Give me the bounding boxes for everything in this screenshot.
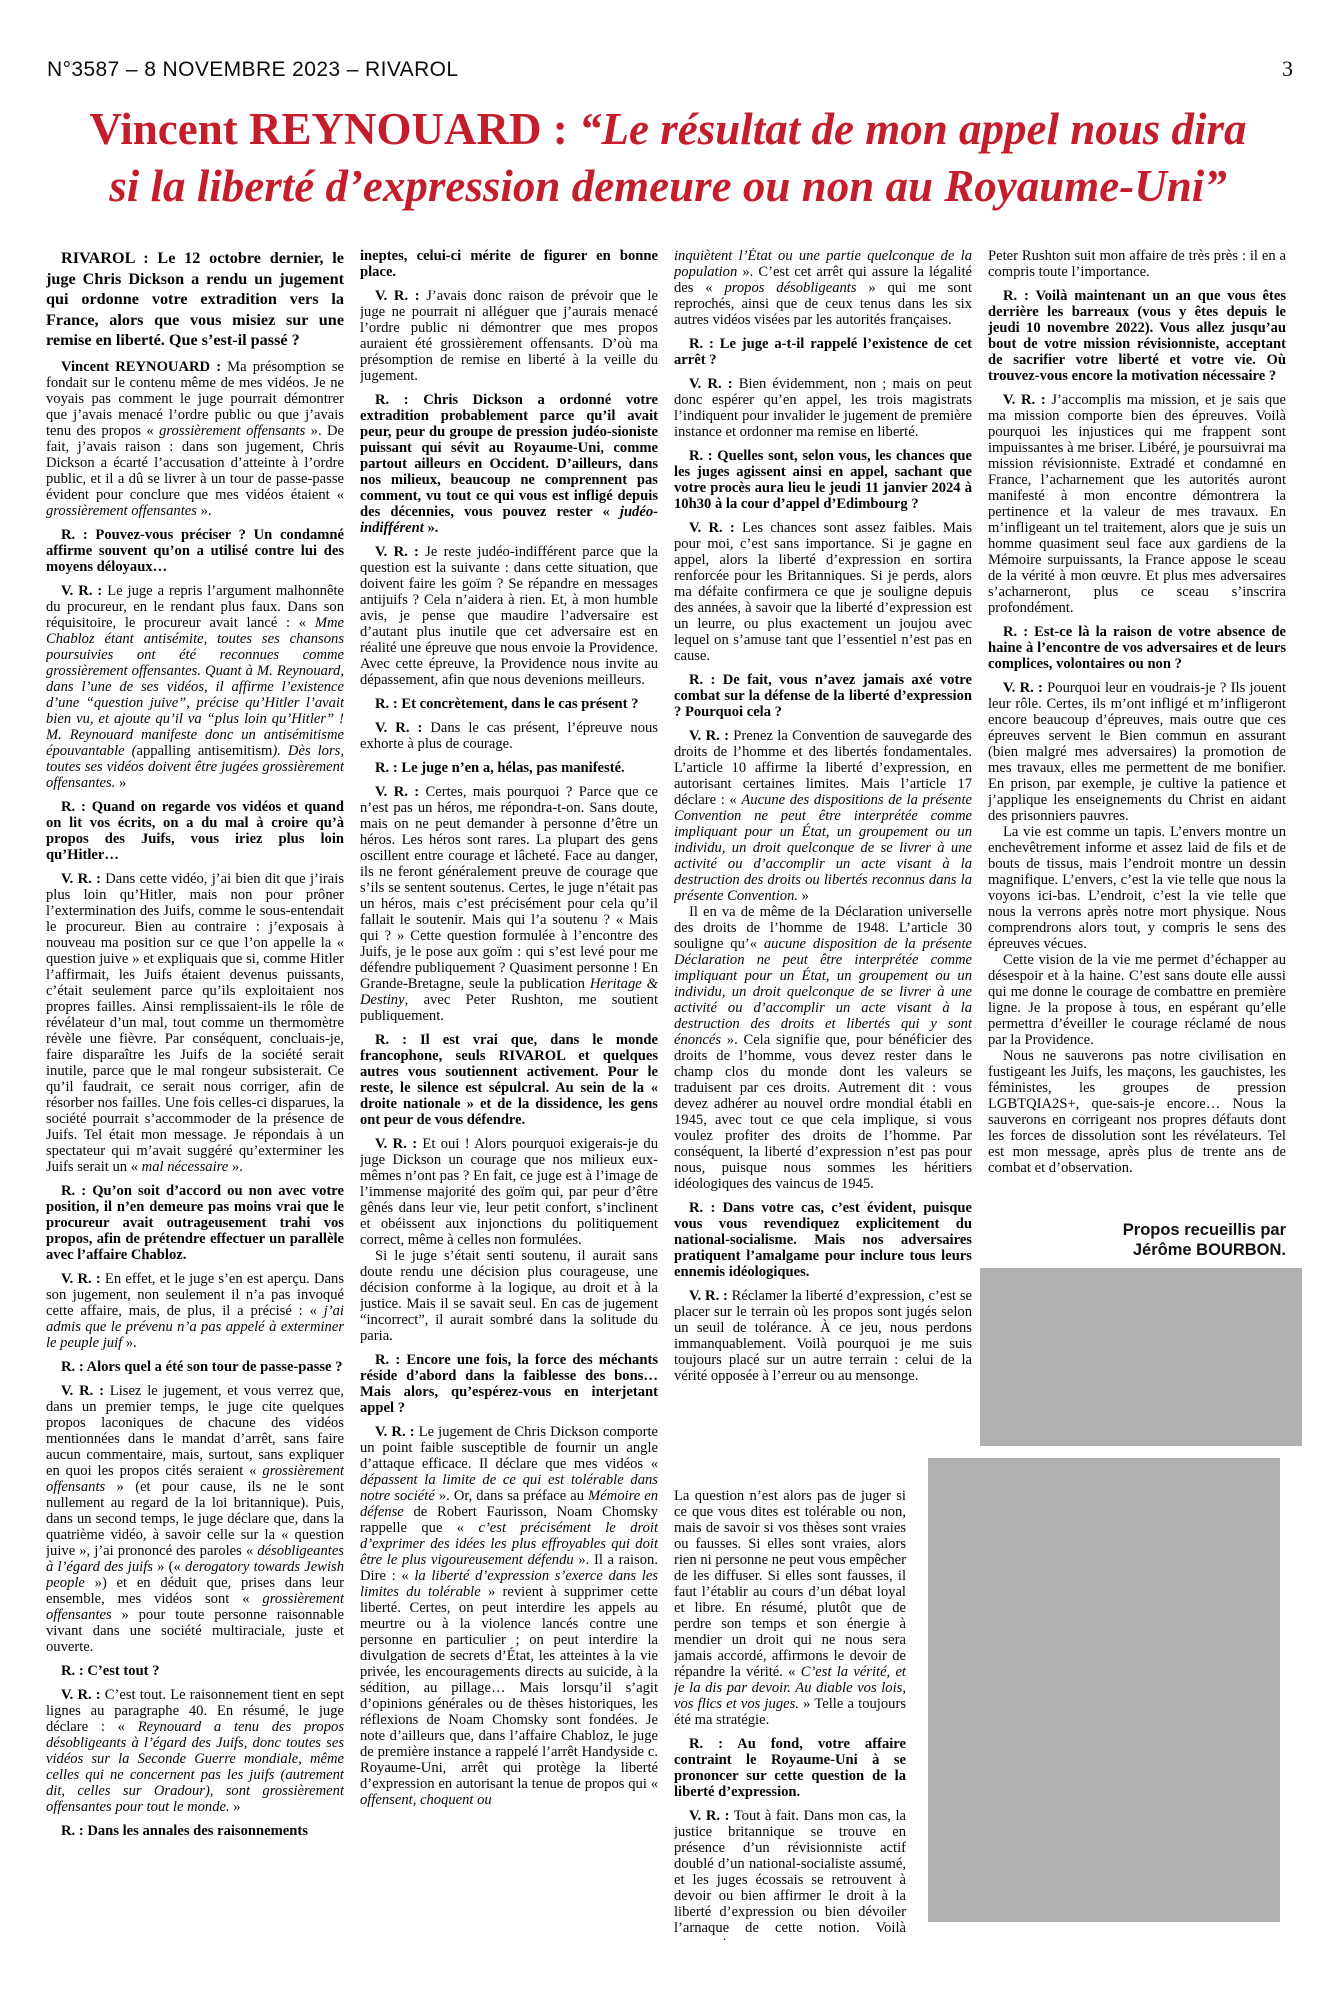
- interview-question: R. : Encore une fois, la force des mécha…: [360, 1352, 658, 1416]
- interview-answer: V. R. : J’avais donc raison de prévoir q…: [360, 288, 658, 384]
- interview-question: R. : Quand on regarde vos vidéos et quan…: [46, 799, 344, 863]
- interview-answer: V. R. : Les chances sont assez faibles. …: [674, 520, 972, 664]
- interview-answer: V. R. : Dans le cas présent, l’épreuve n…: [360, 720, 658, 752]
- interview-answer: La question n’est alors pas de juger si …: [674, 1488, 906, 1728]
- headline-quote-start: “Le résultat de mon appel nous dira: [579, 104, 1247, 154]
- speaker-label: V. R. :: [689, 376, 733, 392]
- article-column-2: ineptes, celui-ci mérite de figurer en b…: [360, 248, 658, 1938]
- interview-answer: Nous ne sauverons pas notre civilisation…: [988, 1048, 1286, 1176]
- interview-answer: V. R. : Lisez le jugement, et vous verre…: [46, 1383, 344, 1655]
- speaker-label: V. R. :: [689, 1808, 729, 1824]
- article-column-4: Peter Rushton suit mon affaire de très p…: [988, 248, 1286, 1223]
- interview-question: R. : Quelles sont, selon vous, les chanc…: [674, 448, 972, 512]
- interview-answer: Cette vision de la vie me permet d’échap…: [988, 952, 1286, 1048]
- interview-answer: inquiètent l’État ou une partie quelconq…: [674, 248, 972, 328]
- byline-line-2: Jérôme BOURBON.: [988, 1240, 1286, 1260]
- interview-answer: V. R. : Le jugement de Chris Dickson com…: [360, 1424, 658, 1808]
- headline-line-2: si la liberté d’expression demeure ou no…: [46, 158, 1290, 215]
- interview-answer: Il en va de même de la Déclaration unive…: [674, 904, 972, 1192]
- byline: Propos recueillis par Jérôme BOURBON.: [988, 1220, 1286, 1260]
- interview-question: R. : C’est tout ?: [46, 1663, 344, 1679]
- interview-answer: V. R. : Le juge a repris l’argument malh…: [46, 583, 344, 791]
- interview-answer: V. R. : Prenez la Convention de sauvegar…: [674, 728, 972, 904]
- interview-question: R. : Il est vrai que, dans le monde fran…: [360, 1032, 658, 1128]
- image-placeholder-top: [980, 1268, 1302, 1446]
- speaker-label: V. R. :: [375, 544, 419, 560]
- speaker-label: V. R. :: [375, 1424, 415, 1440]
- interview-question: R. : Le juge a-t-il rappelé l’existence …: [674, 336, 972, 368]
- speaker-label: V. R. :: [689, 520, 735, 536]
- interview-answer: V. R. : En effet, et le juge s’en est ap…: [46, 1271, 344, 1351]
- interview-answer: V. R. : Dans cette vidéo, j’ai bien dit …: [46, 871, 344, 1175]
- image-placeholder-bottom: [928, 1458, 1280, 1922]
- interview-answer: V. R. : Bien évidemment, non ; mais on p…: [674, 376, 972, 440]
- interview-answer: Vincent REYNOUARD : Ma présomption se fo…: [46, 359, 344, 519]
- interview-intro-question: RIVAROL : Le 12 octobre dernier, le juge…: [46, 248, 344, 351]
- interview-question: R. : Dans votre cas, c’est évident, puis…: [674, 1200, 972, 1280]
- interview-answer: V. R. : Tout à fait. Dans mon cas, la ju…: [674, 1808, 906, 1940]
- speaker-label: V. R. :: [1003, 680, 1043, 696]
- speaker-label: V. R. :: [375, 720, 422, 736]
- speaker-label: V. R. :: [375, 1136, 417, 1152]
- interview-question: R. : Chris Dickson a ordonné votre extra…: [360, 392, 658, 536]
- interview-question: R. : Voilà maintenant un an que vous ête…: [988, 288, 1286, 384]
- speaker-label: V. R. :: [61, 871, 101, 887]
- interview-answer: V. R. : Certes, mais pourquoi ? Parce qu…: [360, 784, 658, 1024]
- speaker-label: V. R. :: [1003, 392, 1046, 408]
- interview-answer: Peter Rushton suit mon affaire de très p…: [988, 248, 1286, 280]
- interview-question: R. : Qu’on soit d’accord ou non avec vot…: [46, 1183, 344, 1263]
- speaker-label: V. R. :: [61, 1271, 101, 1287]
- byline-line-1: Propos recueillis par: [988, 1220, 1286, 1240]
- headline-speaker-name: Vincent REYNOUARD :: [89, 104, 579, 154]
- interview-question: R. : De fait, vous n’avez jamais axé vot…: [674, 672, 972, 720]
- speaker-label: V. R. :: [689, 728, 729, 744]
- article-column-3-narrow: La question n’est alors pas de juger si …: [674, 1488, 906, 1940]
- page-number: 3: [1282, 56, 1293, 82]
- speaker-label: V. R. :: [61, 583, 102, 599]
- interview-answer: V. R. : Et oui ! Alors pourquoi exigerai…: [360, 1136, 658, 1248]
- speaker-label: V. R. :: [61, 1383, 104, 1399]
- interview-question: R. : Au fond, votre affaire contraint le…: [674, 1736, 906, 1800]
- article-column-3: inquiètent l’État ou une partie quelconq…: [674, 248, 972, 1486]
- newspaper-page: N°3587 – 8 NOVEMBRE 2023 – RIVAROL 3 Vin…: [0, 0, 1341, 2000]
- speaker-label: V. R. :: [375, 288, 420, 304]
- edition-header: N°3587 – 8 NOVEMBRE 2023 – RIVAROL: [47, 58, 458, 82]
- article-headline: Vincent REYNOUARD : “Le résultat de mon …: [46, 101, 1290, 215]
- speaker-label: Vincent REYNOUARD :: [61, 359, 221, 375]
- interview-answer: V. R. : Pourquoi leur en voudrais-je ? I…: [988, 680, 1286, 824]
- headline-line-1: Vincent REYNOUARD : “Le résultat de mon …: [46, 101, 1290, 158]
- interview-answer: V. R. : Réclamer la liberté d’expression…: [674, 1288, 972, 1384]
- interview-answer: Si le juge s’était senti soutenu, il aur…: [360, 1248, 658, 1344]
- interview-answer: V. R. : Je reste judéo-indifférent parce…: [360, 544, 658, 688]
- interview-question: R. : Pouvez-vous préciser ? Un condamné …: [46, 527, 344, 575]
- interview-question: R. : Dans les annales des raisonnements: [46, 1823, 344, 1839]
- interview-question: R. : Alors quel a été son tour de passe-…: [46, 1359, 344, 1375]
- article-column-1: RIVAROL : Le 12 octobre dernier, le juge…: [46, 248, 344, 1938]
- interview-question: R. : Le juge n’en a, hélas, pas manifest…: [360, 760, 658, 776]
- interview-answer: La vie est comme un tapis. L’envers mont…: [988, 824, 1286, 952]
- interview-answer: V. R. : J’accomplis ma mission, et je sa…: [988, 392, 1286, 616]
- interview-question: R. : Est-ce là la raison de votre absenc…: [988, 624, 1286, 672]
- interview-answer: V. R. : C’est tout. Le raisonnement tien…: [46, 1687, 344, 1815]
- speaker-label: V. R. :: [61, 1687, 101, 1703]
- interview-question: R. : Et concrètement, dans le cas présen…: [360, 696, 658, 712]
- speaker-label: V. R. :: [689, 1288, 728, 1304]
- interview-question: ineptes, celui-ci mérite de figurer en b…: [360, 248, 658, 280]
- speaker-label: V. R. :: [375, 784, 419, 800]
